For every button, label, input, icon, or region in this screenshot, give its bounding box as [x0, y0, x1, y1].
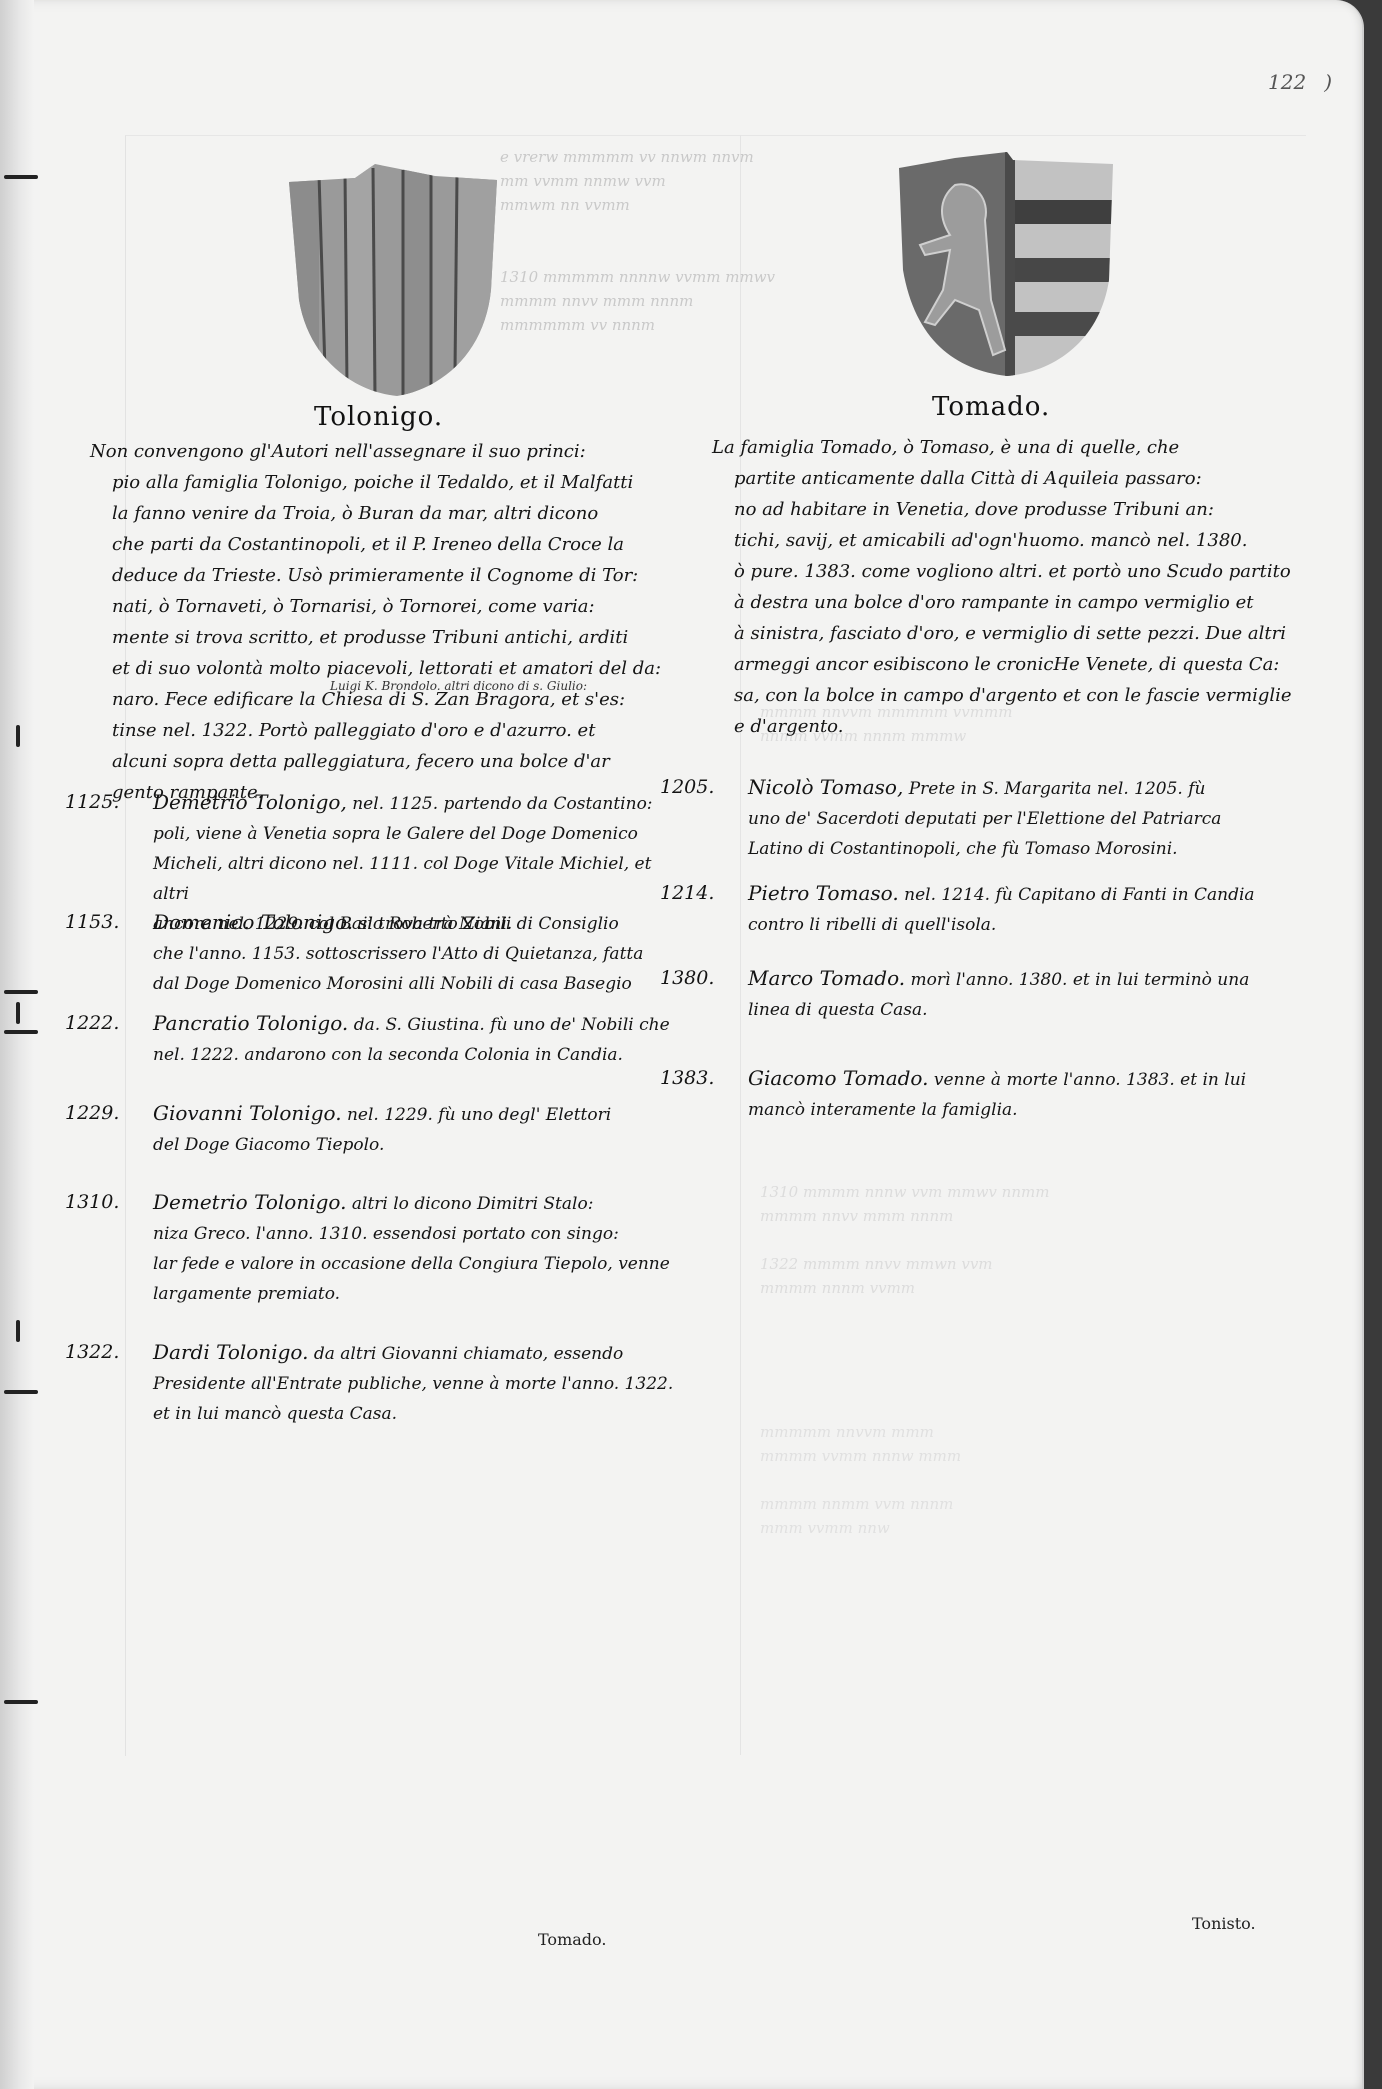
entry-year: 1222. [65, 1008, 119, 1038]
entry-line: del Doge Giacomo Tiepolo. [153, 1135, 384, 1155]
catchword-left: Tomado. [538, 1930, 606, 1949]
binding-stitch [16, 725, 20, 747]
entry-line: venne à morte l'anno. 1383. et in lui [934, 1070, 1246, 1090]
entry-year: 1153. [65, 907, 119, 937]
column-divider [740, 135, 741, 1755]
entry-name: Nicolò Tomaso, [748, 775, 903, 799]
bleed-through-text: e vrerw mmmmm vv nnwm nnvmmm vvmm nnmw v… [500, 145, 754, 217]
tomado-entry: 1205. Nicolò Tomaso, Prete in S. Margari… [660, 772, 1270, 864]
entry-line: si trova trà Nobili di Consiglio [359, 914, 619, 934]
entry-name: Marco Tomado. [748, 966, 905, 990]
tomado-entry: 1380. Marco Tomado. morì l'anno. 1380. e… [660, 963, 1270, 1025]
tolonigo-entry: 1229. Giovanni Tolonigo. nel. 1229. fù u… [65, 1098, 675, 1160]
entry-name: Domenico Tolonigo. [153, 910, 353, 934]
entry-line: nel. 1229. fù uno degl' Elettori [347, 1105, 611, 1125]
folio-number: 122) [1268, 70, 1332, 94]
intro-line: mente si trova scritto, et produsse Trib… [112, 627, 628, 648]
entry-year: 1229. [65, 1098, 119, 1128]
binding-gutter [0, 0, 34, 2089]
intro-line: La famiglia Tomado, ò Tomaso, è una di q… [712, 437, 1179, 458]
intro-line: la fanno venire da Troia, ò Buran da mar… [112, 503, 598, 524]
folio-number-text: 122 [1268, 70, 1306, 94]
intro-line: che parti da Costantinopoli, et il P. Ir… [112, 534, 624, 555]
entry-line: nel. 1222. andarono con la seconda Colon… [153, 1045, 623, 1065]
tomado-entry: 1383. Giacomo Tomado. venne à morte l'an… [660, 1063, 1270, 1125]
entry-name: Giovanni Tolonigo. [153, 1101, 342, 1125]
entry-line: Latino di Costantinopoli, che fù Tomaso … [748, 839, 1178, 859]
entry-name: Dardi Tolonigo. [153, 1340, 308, 1364]
entry-line: niza Greco. l'anno. 1310. essendosi port… [153, 1224, 619, 1244]
tolonigo-title: Tolonigo. [314, 402, 443, 432]
intro-line: no ad habitare in Venetia, dove produsse… [734, 499, 1214, 520]
entry-name: Pancratio Tolonigo. [153, 1011, 348, 1035]
intro-line: armeggi ancor esibiscono le cronicHe Ven… [734, 654, 1279, 675]
entry-year: 1383. [660, 1063, 714, 1093]
entry-year: 1214. [660, 878, 714, 908]
entry-year: 1125. [65, 787, 119, 817]
entry-line: altri lo dicono Dimitri Stalo: [352, 1194, 594, 1214]
entry-line: linea di questa Casa. [748, 1000, 928, 1020]
bleed-through-text: 1310 mmmm nnnw vvm mmwv nnmmmmmm nnvv mm… [760, 1180, 1049, 1300]
binding-stitch [4, 1390, 38, 1394]
tomado-entry: 1214. Pietro Tomaso. nel. 1214. fù Capit… [660, 878, 1270, 940]
tomado-title: Tomado. [932, 392, 1050, 422]
intro-line: naro. Fece edificare la Chiesa di S. Zan… [112, 689, 625, 710]
manuscript-page: e vrerw mmmmm vv nnwm nnvmmm vvmm nnmw v… [0, 0, 1364, 2089]
tomado-coat-of-arms-icon [895, 150, 1120, 384]
intro-line: pio alla famiglia Tolonigo, poiche il Te… [112, 472, 633, 493]
catchword-right: Tonisto. [1192, 1914, 1256, 1933]
binding-stitch [4, 990, 38, 994]
entry-line: lar fede e valore in occasione della Con… [153, 1254, 670, 1274]
bleed-through-text: mmmmm nnvvm mmmmmmm vvmm nnnw mmmmmmm nn… [760, 1420, 961, 1540]
intro-line: ò pure. 1383. come vogliono altri. et po… [734, 561, 1291, 582]
entry-line: dal Doge Domenico Morosini alli Nobili d… [153, 974, 632, 994]
entry-line: morì l'anno. 1380. et in lui terminò una [911, 970, 1250, 990]
tolonigo-entry: 1222. Pancratio Tolonigo. da. S. Giustin… [65, 1008, 675, 1070]
binding-stitch [16, 1320, 20, 1342]
entry-line: et in lui mancò questa Casa. [153, 1404, 397, 1424]
entry-line: contro li ribelli di quell'isola. [748, 915, 996, 935]
intro-line: deduce da Trieste. Usò primieramente il … [112, 565, 638, 586]
entry-year: 1380. [660, 963, 714, 993]
binding-stitch [4, 1030, 38, 1034]
intro-line: e d'argento. [734, 716, 843, 737]
intro-line: tichi, savij, et amicabili ad'ogn'huomo.… [734, 530, 1247, 551]
intro-line: à sinistra, fasciato d'oro, e vermiglio … [734, 623, 1286, 644]
intro-line: partite anticamente dalla Città di Aquil… [734, 468, 1202, 489]
intro-line: tinse nel. 1322. Portò palleggiato d'oro… [112, 720, 595, 741]
intro-line: et di suo volontà molto piacevoli, letto… [112, 658, 661, 679]
entry-name: Demetrio Tolonigo. [153, 1190, 346, 1214]
entry-line: nel. 1125. partendo da Costantino: [352, 794, 652, 814]
binding-stitch [16, 1002, 20, 1024]
entry-name: Giacomo Tomado. [748, 1066, 928, 1090]
entry-year: 1205. [660, 772, 714, 802]
entry-line: uno de' Sacerdoti deputati per l'Elettio… [748, 809, 1221, 829]
entry-line: Micheli, altri dicono nel. 1111. col Dog… [153, 854, 651, 904]
intro-line: à destra una bolce d'oro rampante in cam… [734, 592, 1253, 613]
intro-line: Non convengono gl'Autori nell'assegnare … [90, 441, 586, 462]
entry-line: poli, viene à Venetia sopra le Galere de… [153, 824, 638, 844]
tolonigo-coat-of-arms-icon [285, 160, 505, 404]
entry-line: largamente premiato. [153, 1284, 340, 1304]
tolonigo-entry: 1322. Dardi Tolonigo. da altri Giovanni … [65, 1337, 675, 1429]
entry-name: Demetrio Tolonigo, [153, 790, 347, 814]
tolonigo-entry: 1310. Demetrio Tolonigo. altri lo dicono… [65, 1187, 675, 1309]
entry-line: da altri Giovanni chiamato, essendo [314, 1344, 623, 1364]
intro-line: sa, con la bolce in campo d'argento et c… [734, 685, 1292, 706]
intro-line: nati, ò Tornaveti, ò Tornarisi, ò Tornor… [112, 596, 595, 617]
entry-line: mancò interamente la famiglia. [748, 1100, 1018, 1120]
tolonigo-entry: 1153. Domenico Tolonigo. si trova trà No… [65, 907, 675, 999]
intro-line: alcuni sopra detta palleggiatura, fecero… [112, 751, 610, 772]
binding-stitch [4, 1700, 38, 1704]
entry-year: 1310. [65, 1187, 119, 1217]
tomado-intro-paragraph: La famiglia Tomado, ò Tomaso, è una di q… [712, 432, 1302, 742]
bleed-through-text: 1310 mmmmm nnnnw vvmm mmwvmmmm nnvv mmm … [500, 265, 775, 337]
entry-name: Pietro Tomaso. [748, 881, 899, 905]
entry-line: Prete in S. Margarita nel. 1205. fù [909, 779, 1206, 799]
binding-stitch [4, 175, 38, 179]
tolonigo-intro-paragraph: Non convengono gl'Autori nell'assegnare … [90, 436, 690, 808]
entry-year: 1322. [65, 1337, 119, 1367]
entry-line: nel. 1214. fù Capitano di Fanti in Candi… [904, 885, 1254, 905]
entry-line: Presidente all'Entrate publiche, venne à… [153, 1374, 673, 1394]
entry-line: da. S. Giustina. fù uno de' Nobili che [354, 1015, 670, 1035]
entry-line: che l'anno. 1153. sottoscrissero l'Atto … [153, 944, 643, 964]
